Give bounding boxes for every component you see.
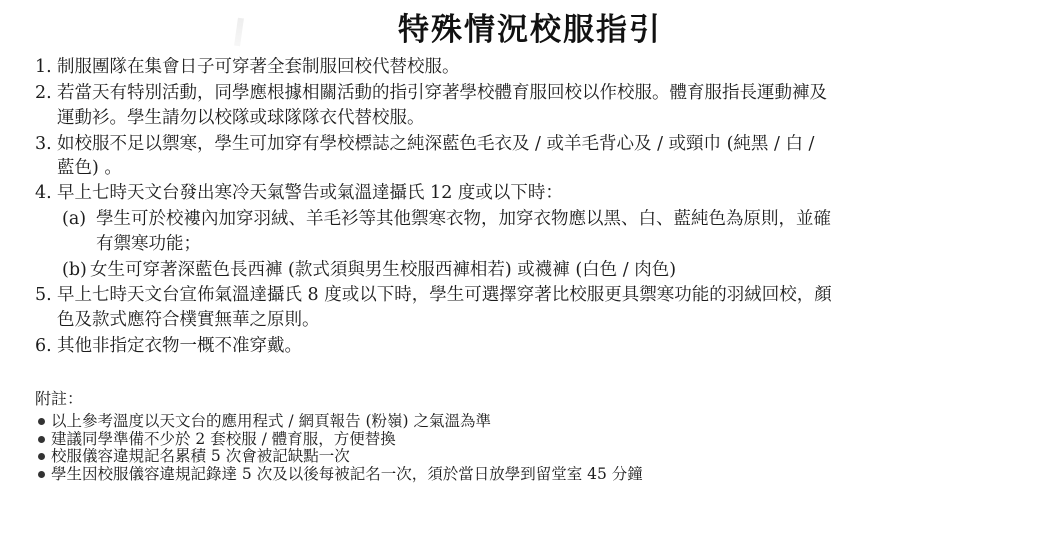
item-text: 其他非指定衣物一概不准穿戴。 <box>57 336 302 356</box>
item-number: 1. <box>35 56 57 78</box>
note-text: 建議同學準備不少於 2 套校服 / 體育服，方便替換 <box>51 430 396 448</box>
item-number: 3. <box>35 133 57 155</box>
sub-item-text: 女生可穿著深藍色長西褲 (款式須與男生校服西褲相若) 或襪褲 (白色 / 肉色) <box>90 260 676 280</box>
bullet-icon <box>38 436 45 443</box>
item-number: 4. <box>35 182 57 204</box>
note-bullet: 建議同學準備不少於 2 套校服 / 體育服，方便替換 <box>38 430 396 448</box>
list-item-3: 3.如校服不足以禦寒，學生可加穿有學校標誌之純深藍色毛衣及 / 或羊毛背心及 /… <box>35 133 814 155</box>
sub-item-label: (a) <box>62 208 96 230</box>
list-item-3-cont: 藍色) 。 <box>57 157 122 179</box>
sub-item-text: 有禦寒功能； <box>96 234 201 254</box>
item-text: 早上七時天文台發出寒冷天氣警告或氣溫達攝氏 12 度或以下時： <box>57 183 563 203</box>
list-item-1: 1.制服團隊在集會日子可穿著全套制服回校代替校服。 <box>35 56 460 78</box>
item-number: 6. <box>35 335 57 357</box>
bullet-icon <box>38 471 45 478</box>
item-text: 藍色) 。 <box>57 158 122 178</box>
note-bullet: 以上參考溫度以天文台的應用程式 / 網頁報告 (粉嶺) 之氣溫為準 <box>38 412 491 430</box>
document-page: 特殊情況校服指引 1.制服團隊在集會日子可穿著全套制服回校代替校服。 2.若當天… <box>0 0 1060 536</box>
note-text: 學生因校服儀容違規記錄達 5 次及以後每被記名一次，須於當日放學到留堂室 45 … <box>51 465 643 483</box>
bullet-icon <box>38 418 45 425</box>
note-bullet: 學生因校服儀容違規記錄達 5 次及以後每被記名一次，須於當日放學到留堂室 45 … <box>38 465 643 483</box>
item-text: 如校服不足以禦寒，學生可加穿有學校標誌之純深藍色毛衣及 / 或羊毛背心及 / 或… <box>57 134 814 154</box>
item-number: 5. <box>35 284 57 306</box>
notes-heading: 附註： <box>35 388 83 410</box>
list-item-5: 5.早上七時天文台宣佈氣溫達攝氏 8 度或以下時，學生可選擇穿著比校服更具禦寒功… <box>35 284 832 306</box>
sub-item-text: 學生可於校褸內加穿羽絨、羊毛衫等其他禦寒衣物，加穿衣物應以黑、白、藍純色為原則，… <box>96 209 831 229</box>
note-text: 以上參考溫度以天文台的應用程式 / 網頁報告 (粉嶺) 之氣溫為準 <box>51 412 491 430</box>
list-item-4: 4.早上七時天文台發出寒冷天氣警告或氣溫達攝氏 12 度或以下時： <box>35 182 563 204</box>
item-text: 色及款式應符合樸實無華之原則。 <box>57 310 320 330</box>
sub-item-label: (b) <box>62 259 90 281</box>
list-item-2-cont: 運動衫。學生請勿以校隊或球隊隊衣代替校服。 <box>57 107 425 129</box>
sub-item-a: (a)學生可於校褸內加穿羽絨、羊毛衫等其他禦寒衣物，加穿衣物應以黑、白、藍純色為… <box>62 208 831 230</box>
item-text: 制服團隊在集會日子可穿著全套制服回校代替校服。 <box>57 57 460 77</box>
page-title: 特殊情況校服指引 <box>0 4 1060 49</box>
item-text: 早上七時天文台宣佈氣溫達攝氏 8 度或以下時，學生可選擇穿著比校服更具禦寒功能的… <box>57 285 832 305</box>
list-item-2: 2.若當天有特別活動，同學應根據相關活動的指引穿著學校體育服回校以作校服。體育服… <box>35 82 827 104</box>
sub-item-b: (b)女生可穿著深藍色長西褲 (款式須與男生校服西褲相若) 或襪褲 (白色 / … <box>62 259 676 281</box>
item-text: 若當天有特別活動，同學應根據相關活動的指引穿著學校體育服回校以作校服。體育服指長… <box>57 83 827 103</box>
bullet-icon <box>38 453 45 460</box>
note-text: 校服儀容違規記名累積 5 次會被記缺點一次 <box>51 447 350 465</box>
note-bullet: 校服儀容違規記名累積 5 次會被記缺點一次 <box>38 447 350 465</box>
list-item-5-cont: 色及款式應符合樸實無華之原則。 <box>57 309 320 331</box>
item-number: 2. <box>35 82 57 104</box>
sub-item-a-cont: 有禦寒功能； <box>96 233 201 255</box>
list-item-6: 6.其他非指定衣物一概不准穿戴。 <box>35 335 302 357</box>
item-text: 運動衫。學生請勿以校隊或球隊隊衣代替校服。 <box>57 108 425 128</box>
